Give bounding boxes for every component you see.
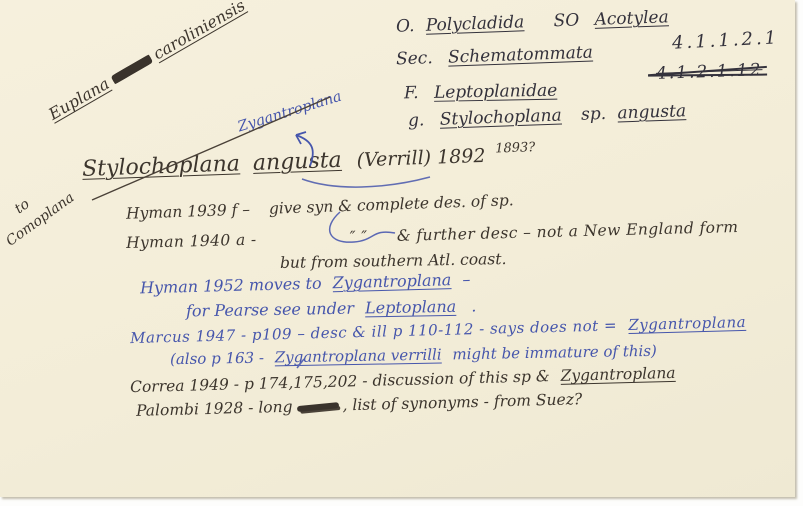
heading-authority: (Verrill) 1892 (356, 145, 486, 171)
section-name: Schematommata (448, 43, 593, 68)
heading-alt-year: 1893? (495, 140, 536, 156)
order-name: Polycladida (425, 12, 524, 35)
entry-note: give syn & complete des. of sp. (269, 191, 514, 218)
entry-lead: (also p 163 - (170, 349, 264, 369)
entry-taxon: Zygantroplana (332, 270, 451, 292)
entry-lead: Hyman 1939 f – (126, 200, 250, 222)
classification-family-line: F. Leptoplanidae (404, 81, 558, 104)
superseded-genus: Euplana (45, 74, 112, 124)
family-name: Leptoplanidae (434, 81, 558, 103)
entry-tail: . (471, 296, 476, 315)
entry-marcus-1947-continued: (also p 163 - Zygantroplana verrilli mig… (170, 342, 657, 368)
entry-note: & further desc – not a New England form (397, 218, 739, 245)
catalog-number-superseded-struck: 4.1.2.1.12 (656, 60, 763, 84)
entry-hyman-1939: Hyman 1939 f – give syn & complete des. … (126, 191, 514, 223)
entry-tail: , list of synonyms - from Suez? (342, 390, 582, 414)
margin-note: to Comoplana (0, 171, 79, 252)
genus-name: Stylochoplana (439, 105, 562, 129)
card-heading: Stylochoplana angusta (Verrill) 1892 189… (82, 140, 536, 182)
superseded-species: caroliniensis (150, 0, 248, 63)
entry-lead: Hyman 1952 moves to (140, 274, 322, 298)
entry-taxon: Zygantroplana (628, 313, 746, 334)
scanned-index-card-page: O. Polycladida SO Acotylea 4.1.1.2.1 Sec… (0, 0, 803, 506)
entry-lead: Hyman 1940 a - (126, 231, 257, 252)
entry-lead: Palombi 1928 - long (136, 398, 293, 420)
entry-taxon: Zygantroplana (560, 364, 675, 385)
suborder-abbrev: SO (553, 10, 579, 31)
entry-palombi-1928: Palombi 1928 - long, list of synonyms - … (136, 390, 583, 420)
entry-lead: for Pearse see under (186, 299, 354, 321)
scribbled-out-word (110, 55, 153, 85)
superseded-name-diagonal: Euplanacaroliniensis (45, 0, 248, 124)
entry-tail: might be immature of this) (452, 342, 657, 364)
index-card: O. Polycladida SO Acotylea 4.1.1.2.1 Sec… (0, 0, 795, 497)
entry-taxon: Leptoplana (365, 297, 456, 318)
entry-hyman-1940: Hyman 1940 a - ″ ″ & further desc – not … (126, 218, 739, 252)
entry-hyman-1940-continued: but from southern Atl. coast. (280, 250, 507, 272)
suborder-name: Acotylea (594, 7, 669, 30)
catalog-number-current: 4.1.1.2.1 (672, 27, 780, 54)
entry-note: but from southern Atl. coast. (280, 250, 507, 272)
entry-taxon: Zygantroplana verrilli (275, 346, 442, 367)
classification-order-line: O. Polycladida SO Acotylea (396, 7, 669, 37)
classification-section-line: Sec. Schematommata (396, 43, 593, 70)
ditto-marks: ″ ″ (350, 228, 368, 246)
reassignment-genus-note: Zygantroplana (236, 89, 344, 136)
scribbled-out-word (296, 402, 338, 412)
entry-lead: Marcus 1947 - p109 – desc & ill p 110-11… (130, 316, 617, 347)
entry-hyman-1952: Hyman 1952 moves to Zygantroplana – (140, 270, 471, 298)
species-name: angusta (617, 101, 686, 123)
entry-pearse-crossref: for Pearse see under Leptoplana . (186, 296, 477, 320)
order-abbrev: O. (396, 16, 415, 37)
entry-tail: – (462, 270, 470, 289)
classification-genus-species-line: g. Stylochoplana sp. angusta (408, 101, 687, 131)
heading-genus: Stylochoplana (82, 151, 241, 181)
section-abbrev: Sec. (396, 48, 433, 69)
species-abbrev: sp. (581, 104, 607, 125)
heading-species: angusta (253, 148, 343, 176)
entry-correa-1949: Correa 1949 - p 174,175,202 - discussion… (130, 364, 676, 396)
family-abbrev: F. (404, 83, 419, 103)
genus-abbrev: g. (408, 110, 425, 131)
